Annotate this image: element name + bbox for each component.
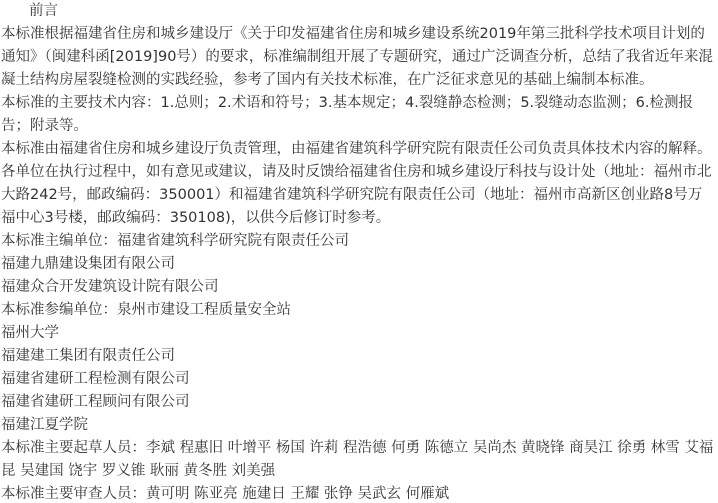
document-body: 本标准根据福建省住房和城乡建设厅《关于印发福建省住房和城乡建设系统2019年第三… xyxy=(1,23,716,503)
paragraph: 福建建工集团有限责任公司 xyxy=(1,345,716,368)
paragraph: 本标准由福建省住房和城乡建设厅负责管理，由福建省建筑科学研究院有限责任公司负责具… xyxy=(1,138,716,230)
paragraph: 福建江夏学院 xyxy=(1,414,716,437)
paragraph: 福州大学 xyxy=(1,322,716,345)
document-title: 前言 xyxy=(1,0,716,23)
paragraph: 福建众合开发建筑设计院有限公司 xyxy=(1,276,716,299)
paragraph: 福建省建研工程检测有限公司 xyxy=(1,368,716,391)
paragraph: 本标准主要起草人员：李斌 程惠旧 叶增平 杨国 许莉 程浩德 何勇 陈德立 吴尚… xyxy=(1,437,716,483)
document-page: 前言 本标准根据福建省住房和城乡建设厅《关于印发福建省住房和城乡建设系统2019… xyxy=(0,0,718,503)
paragraph: 本标准主要审查人员：黄可明 陈亚亮 施建日 王耀 张铮 吴武玄 何雁斌 xyxy=(1,483,716,503)
paragraph: 福建省建研工程顾问有限公司 xyxy=(1,391,716,414)
paragraph: 本标准的主要技术内容：1.总则；2.术语和符号；3.基本规定；4.裂缝静态检测；… xyxy=(1,92,716,138)
paragraph: 本标准参编单位：泉州市建设工程质量安全站 xyxy=(1,299,716,322)
paragraph: 本标准主编单位：福建省建筑科学研究院有限责任公司 xyxy=(1,230,716,253)
paragraph: 福建九鼎建设集团有限公司 xyxy=(1,253,716,276)
paragraph: 本标准根据福建省住房和城乡建设厅《关于印发福建省住房和城乡建设系统2019年第三… xyxy=(1,23,716,92)
